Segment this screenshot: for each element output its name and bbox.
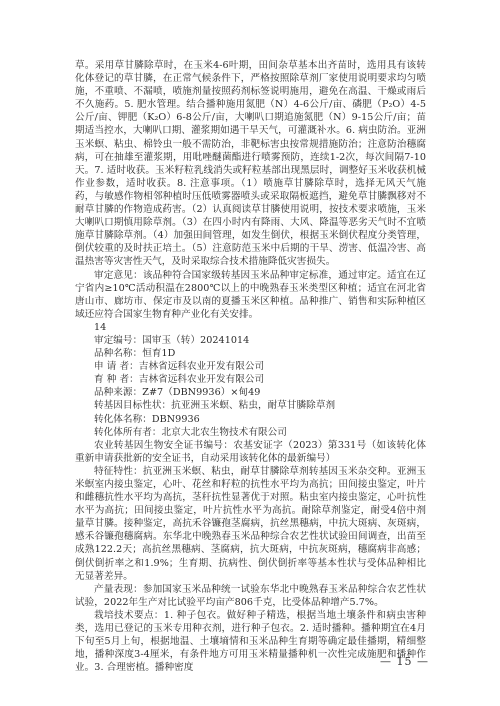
document-page: 草。采用草甘膦除草时，在玉米4-6叶期，田间杂草基本出齐苗时，选用具有该转化体登…: [0, 0, 500, 706]
field-value: 抗亚洲玉米螟、粘虫，耐草甘膦除草剂: [171, 400, 335, 411]
field-label: 品种来源: [94, 387, 133, 398]
field-transformant-owner: 转化体所有者：北京大北农生物技术有限公司: [75, 426, 426, 439]
field-variety-source: 品种来源：Z#7（DBN9936）×甸49: [75, 386, 426, 399]
page-body: 草。采用草甘膦除草时，在玉米4-6叶期，田间杂草基本出齐苗时，选用具有该转化体登…: [75, 59, 426, 674]
approval-opinion: 审定意见：该品种符合国家级转基因玉米品种审定标准，通过审定。适宜在辽宁省内≥10…: [75, 269, 426, 321]
field-value: 恒育1D: [142, 348, 175, 359]
field-label: 品种名称: [94, 348, 133, 359]
cultivation-points: 栽培技术要点：1. 种子包衣。做好种子精选，根据当地土壤条件和病虫害种类，选用已…: [75, 609, 426, 674]
field-applicant: 申 请 者：吉林省远科农业开发有限公司: [75, 360, 426, 373]
field-transgenic-traits: 转基因目标性状：抗亚洲玉米螟、粘虫，耐草甘膦除草剂: [75, 399, 426, 412]
page-number: — 15 —: [380, 655, 429, 668]
entry-number: 14: [75, 321, 426, 334]
biosafety-certificate: 农业转基因生物安全证书编号：农基安证字（2023）第331号（如该转化体重新申请…: [75, 439, 426, 465]
field-breeder: 育 种 者：吉林省远科农业开发有限公司: [75, 373, 426, 386]
field-transformant-name: 转化体名称：DBN9936: [75, 413, 426, 426]
field-value: 北京大北农生物技术有限公司: [162, 427, 287, 438]
field-value: Z#7（DBN9936）×甸49: [142, 387, 260, 398]
field-value: 吉林省远科农业开发有限公司: [139, 374, 264, 385]
field-label: 转化体所有者: [94, 427, 152, 438]
field-variety-name: 品种名称：恒育1D: [75, 347, 426, 360]
field-label: 申 请 者: [94, 361, 129, 372]
field-label: 育 种 者: [94, 374, 129, 385]
field-value: 国审玉（转）20241014: [142, 335, 249, 346]
field-label: 转基因目标性状: [94, 400, 162, 411]
field-approval-number: 审定编号：国审玉（转）20241014: [75, 334, 426, 347]
field-label: 审定编号: [94, 335, 133, 346]
field-value: 吉林省远科农业开发有限公司: [139, 361, 264, 372]
continuation-paragraph: 草。采用草甘膦除草时，在玉米4-6叶期，田间杂草基本出齐苗时，选用具有该转化体登…: [75, 59, 426, 269]
field-label: 转化体名称: [94, 414, 142, 425]
characteristics: 特征特性：抗亚洲玉米螟、粘虫，耐草甘膦除草剂转基因玉米杂交种。亚洲玉米螟室内接虫…: [75, 465, 426, 583]
yield-performance: 产量表现：参加国家玉米品种统一试验东华北中晚熟春玉米品种综合农艺性状试验，202…: [75, 583, 426, 609]
field-value: DBN9936: [152, 414, 200, 425]
